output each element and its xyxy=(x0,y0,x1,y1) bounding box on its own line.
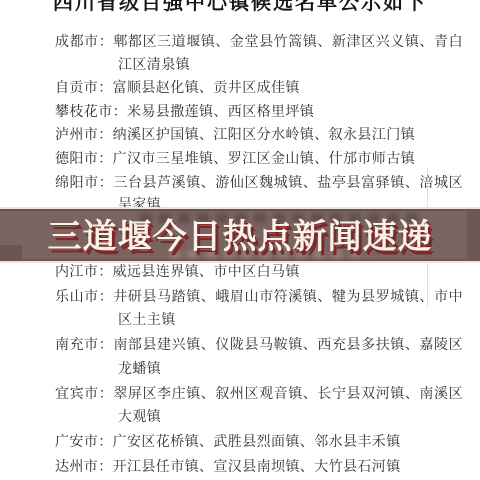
city-label: 南充市： xyxy=(55,337,113,353)
list-item: 广安市：广安区花桥镇、武胜县烈面镇、邻水县丰禾镇 xyxy=(55,431,463,454)
towns-text: 米易县撒莲镇、西区格里坪镇 xyxy=(127,104,314,120)
clipped-document-title: 四川省级百强中心镇候选名单公示如下 xyxy=(0,0,480,15)
city-town-list-lower: 内江市：威远县连界镇、市中区白马镇 乐山市：井研县马踏镇、峨眉山市符溪镇、犍为县… xyxy=(55,261,463,480)
list-item: 南充市：南部县建兴镇、仪陇县马鞍镇、西充县多扶镇、嘉陵区龙蟠镇 xyxy=(55,334,463,381)
towns-text: 井研县马踏镇、峨眉山市符溪镇、犍为县罗城镇、市中区土主镇 xyxy=(113,289,463,328)
city-label: 德阳市： xyxy=(55,151,113,167)
towns-text: 南部县建兴镇、仪陇县马鞍镇、西充县多扶镇、嘉陵区龙蟠镇 xyxy=(113,337,463,376)
list-item: 攀枝花市：米易县撒莲镇、西区格里坪镇 xyxy=(55,101,463,124)
city-label: 成都市： xyxy=(55,34,113,50)
towns-text: 富顺县赵化镇、贡井区成佳镇 xyxy=(113,80,300,96)
list-item: 宜宾市：翠屏区李庄镇、叙州区观音镇、长宁县双河镇、南溪区大观镇 xyxy=(55,383,463,430)
city-label: 乐山市： xyxy=(55,289,113,305)
list-item: 成都市：郫都区三道堰镇、金堂县竹篙镇、新津区兴义镇、青白江区清泉镇 xyxy=(55,31,463,76)
list-item: 内江市：威远县连界镇、市中区白马镇 xyxy=(55,261,463,284)
list-item: 德阳市：广汉市三星堆镇、罗江区金山镇、什邡市师古镇 xyxy=(55,148,463,171)
towns-text: 纳溪区护国镇、江阳区分水岭镇、叙永县江门镇 xyxy=(113,127,415,143)
list-item: 达州市：开江县任市镇、宣汉县南坝镇、大竹县石河镇 xyxy=(55,456,463,479)
towns-text: 威远县连界镇、市中区白马镇 xyxy=(113,264,300,280)
list-item: 乐山市：井研县马踏镇、峨眉山市符溪镇、犍为县罗城镇、市中区土主镇 xyxy=(55,286,463,333)
towns-text: 郫都区三道堰镇、金堂县竹篙镇、新津区兴义镇、青白江区清泉镇 xyxy=(113,34,463,73)
city-label: 内江市： xyxy=(55,264,113,280)
towns-text: 翠屏区李庄镇、叙州区观音镇、长宁县双河镇、南溪区大观镇 xyxy=(113,386,463,425)
towns-text: 广汉市三星堆镇、罗江区金山镇、什邡市师古镇 xyxy=(113,151,415,167)
city-label: 广安市： xyxy=(55,434,113,450)
news-banner-overlay: 三道堰今日热点新闻速递 xyxy=(0,207,480,263)
city-label: 攀枝花市： xyxy=(55,104,127,120)
towns-text: 开江县任市镇、宣汉县南坝镇、大竹县石河镇 xyxy=(113,459,401,475)
banner-title: 三道堰今日热点新闻速递 xyxy=(0,218,480,256)
city-town-list-upper: 成都市：郫都区三道堰镇、金堂县竹篙镇、新津区兴义镇、青白江区清泉镇 自贡市：富顺… xyxy=(55,31,463,218)
list-item: 泸州市：纳溪区护国镇、江阳区分水岭镇、叙永县江门镇 xyxy=(55,124,463,147)
list-item: 自贡市：富顺县赵化镇、贡井区成佳镇 xyxy=(55,77,463,100)
city-label: 宜宾市： xyxy=(55,386,113,402)
towns-text: 广安区花桥镇、武胜县烈面镇、邻水县丰禾镇 xyxy=(113,434,401,450)
city-label: 达州市： xyxy=(55,459,113,475)
city-label: 绵阳市： xyxy=(55,175,113,191)
city-label: 自贡市： xyxy=(55,80,113,96)
document-page: 四川省级百强中心镇候选名单公示如下 成都市：郫都区三道堰镇、金堂县竹篙镇、新津区… xyxy=(0,0,480,480)
city-label: 泸州市： xyxy=(55,127,113,143)
